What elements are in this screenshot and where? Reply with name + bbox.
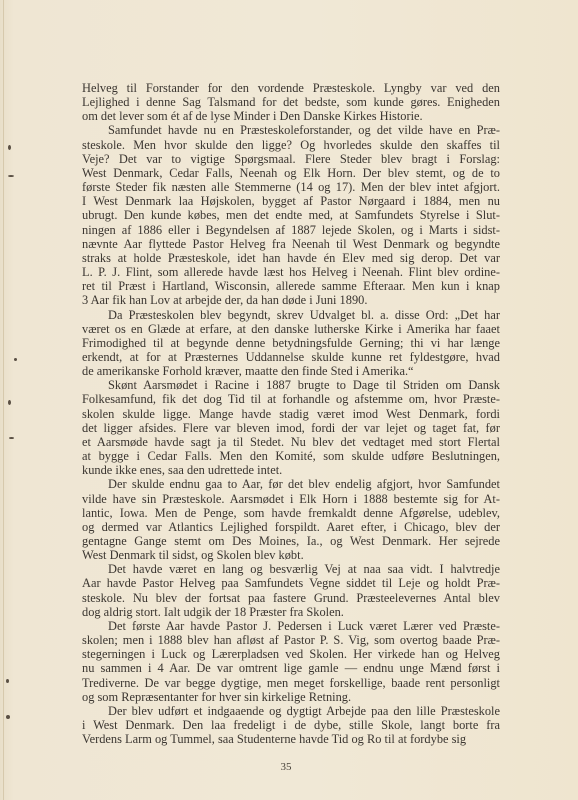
text-line: steskole. Nu blev der fortsat paa faster…: [82, 591, 500, 605]
text-line: om det lever som ét af de lyse Minder i …: [82, 109, 500, 123]
text-line: L. P. J. Flint, som allerede havde læst …: [82, 265, 500, 279]
margin-mark: [6, 679, 9, 683]
paragraph: Der blev udført et indgaaende og dygtigt…: [82, 704, 500, 746]
text-line: stegerningen i Luck og Lærerpladsen ved …: [82, 647, 500, 661]
text-line: skolen; men i 1888 blev han afløst af Pa…: [82, 633, 500, 647]
paragraph: Helveg til Forstander for den vordende P…: [82, 81, 500, 123]
text-line: Samfundet havde nu en Præsteskoleforstan…: [82, 123, 500, 137]
paragraph: Der skulde endnu gaa to Aar, før det ble…: [82, 477, 500, 562]
text-line: Veje? Det var to vigtige Spørgsmaal. Fle…: [82, 152, 500, 166]
text-line: nævnte Aar flyttede Pastor Helveg fra Ne…: [82, 237, 500, 251]
text-line: ubrugt. Den kunde købes, men det endte m…: [82, 208, 500, 222]
margin-mark: [8, 175, 14, 177]
text-line: første Steder fik næsten alle Stemmerne …: [82, 180, 500, 194]
text-line: Trediverne. De var begge dygtige, men me…: [82, 676, 500, 690]
text-line: ret til Præst i Hartland, Wisconsin, all…: [82, 279, 500, 293]
text-line: Helveg til Forstander for den vordende P…: [82, 81, 500, 95]
text-line: Da Præsteskolen blev begyndt, skrev Udva…: [82, 308, 500, 322]
text-line: et Aarsmøde havde sagt ja til Stedet. Nu…: [82, 435, 500, 449]
text-line: skolen skulde ligge. Mange havde stadig …: [82, 407, 500, 421]
text-line: I West Denmark laa Højskolen, bygget af …: [82, 194, 500, 208]
text-line: og dermed var Atlantics Lejlighed forspi…: [82, 520, 500, 534]
text-line: Der blev udført et indgaaende og dygtigt…: [82, 704, 500, 718]
text-line: Aar havde Pastor Helveg paa Samfundets V…: [82, 576, 500, 590]
text-line: de amerikanske Forhold kræver, maatte de…: [82, 364, 500, 378]
margin-mark: [8, 400, 11, 405]
text-line: at bygge i Cedar Falls. Men den Komité, …: [82, 449, 500, 463]
text-line: ningen af 1886 eller i Begyndelsen af 18…: [82, 223, 500, 237]
text-line: straks at holde Præsteskole, idet han ha…: [82, 251, 500, 265]
text-line: Frimodighed til at begynde denne betydni…: [82, 336, 500, 350]
text-line: Det første Aar havde Pastor J. Pedersen …: [82, 619, 500, 633]
paragraph: Skønt Aarsmødet i Racine i 1887 brugte t…: [82, 378, 500, 477]
paragraph: Det første Aar havde Pastor J. Pedersen …: [82, 619, 500, 704]
paragraph: Samfundet havde nu en Præsteskoleforstan…: [82, 123, 500, 307]
text-line: West Denmark, Cedar Falls, Neenah og Elk…: [82, 166, 500, 180]
body-text: Helveg til Forstander for den vordende P…: [82, 81, 500, 746]
text-line: i West Denmark. Den laa fredeligt i de d…: [82, 718, 500, 732]
text-line: dog aldrig stort. Ialt udgik der 18 Præs…: [82, 605, 500, 619]
book-page: Helveg til Forstander for den vordende P…: [0, 0, 578, 800]
text-line: Skønt Aarsmødet i Racine i 1887 brugte t…: [82, 378, 500, 392]
text-line: Der skulde endnu gaa to Aar, før det ble…: [82, 477, 500, 491]
text-line: kunde ikke enes, saa den udrettede intet…: [82, 463, 500, 477]
text-line: lantic, Iowa. Men de Penge, som havde fr…: [82, 506, 500, 520]
text-line: gentagne Gange stemt om Des Moines, Ia.,…: [82, 534, 500, 548]
text-line: og som Repræsentanter for hver sin kirke…: [82, 690, 500, 704]
margin-mark: [8, 145, 11, 150]
text-line: 3 Aar fik han Lov at arbejde der, da han…: [82, 293, 500, 307]
text-line: Folkesamfund, fik det dog Tid til at for…: [82, 392, 500, 406]
text-line: steskole. Men hvor skulde den ligge? Og …: [82, 138, 500, 152]
paragraph: Det havde været en lang og besværlig Vej…: [82, 562, 500, 619]
text-line: Lejlighed i denne Sag Talsmand for det b…: [82, 95, 500, 109]
text-line: West Denmark til sidst, og Skolen blev k…: [82, 548, 500, 562]
page-number: 35: [276, 761, 296, 773]
paragraph: Da Præsteskolen blev begyndt, skrev Udva…: [82, 308, 500, 379]
page-edge: [3, 0, 4, 800]
margin-mark: [9, 437, 14, 439]
text-line: været os en Glæde at erfare, at den dans…: [82, 322, 500, 336]
text-line: Det havde været en lang og besværlig Vej…: [82, 562, 500, 576]
text-line: det ligger afsides. Flere var bleven imo…: [82, 421, 500, 435]
text-line: erkendt, at for at Præsternes Uddannelse…: [82, 350, 500, 364]
text-line: nu sammen i 4 Aar. De var omtrent lige g…: [82, 661, 500, 675]
text-line: vilde have sin Præsteskole. Aarsmødet i …: [82, 492, 500, 506]
text-line: Verdens Larm og Tummel, saa Studenterne …: [82, 732, 500, 746]
margin-mark: [14, 358, 17, 361]
margin-mark: [6, 715, 10, 719]
